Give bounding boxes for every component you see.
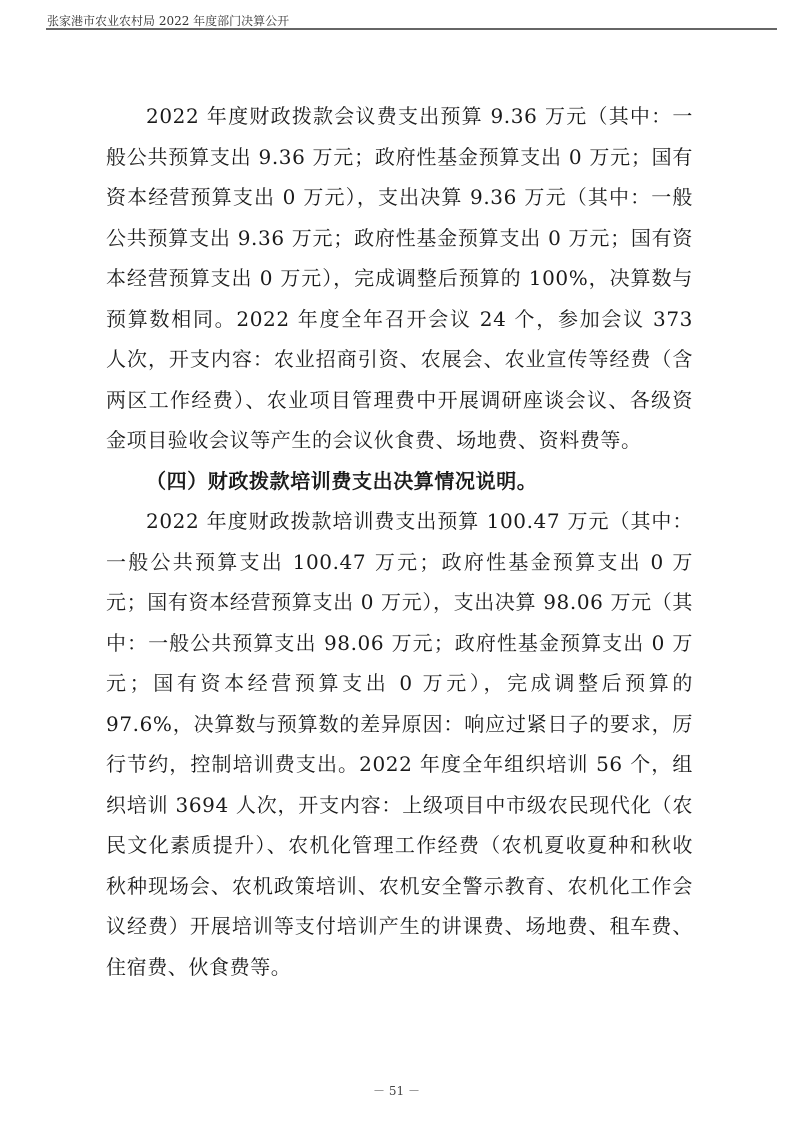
header-title: 张家港市农业农村局 2022 年度部门决算公开 bbox=[47, 12, 289, 29]
page-number: － 51 － bbox=[0, 1082, 793, 1099]
paragraph-meeting-expenses: 2022 年度财政拨款会议费支出预算 9.36 万元（其中：一般公共预算支出 9… bbox=[106, 96, 693, 461]
paragraph-training-expenses: 2022 年度财政拨款培训费支出预算 100.47 万元（其中：一般公共预算支出… bbox=[106, 501, 693, 987]
document-body: 2022 年度财政拨款会议费支出预算 9.36 万元（其中：一般公共预算支出 9… bbox=[106, 96, 693, 987]
section-heading-training: （四）财政拨款培训费支出决算情况说明。 bbox=[106, 461, 693, 502]
header-divider bbox=[46, 28, 777, 30]
page-header: 张家港市农业农村局 2022 年度部门决算公开 bbox=[46, 8, 777, 28]
